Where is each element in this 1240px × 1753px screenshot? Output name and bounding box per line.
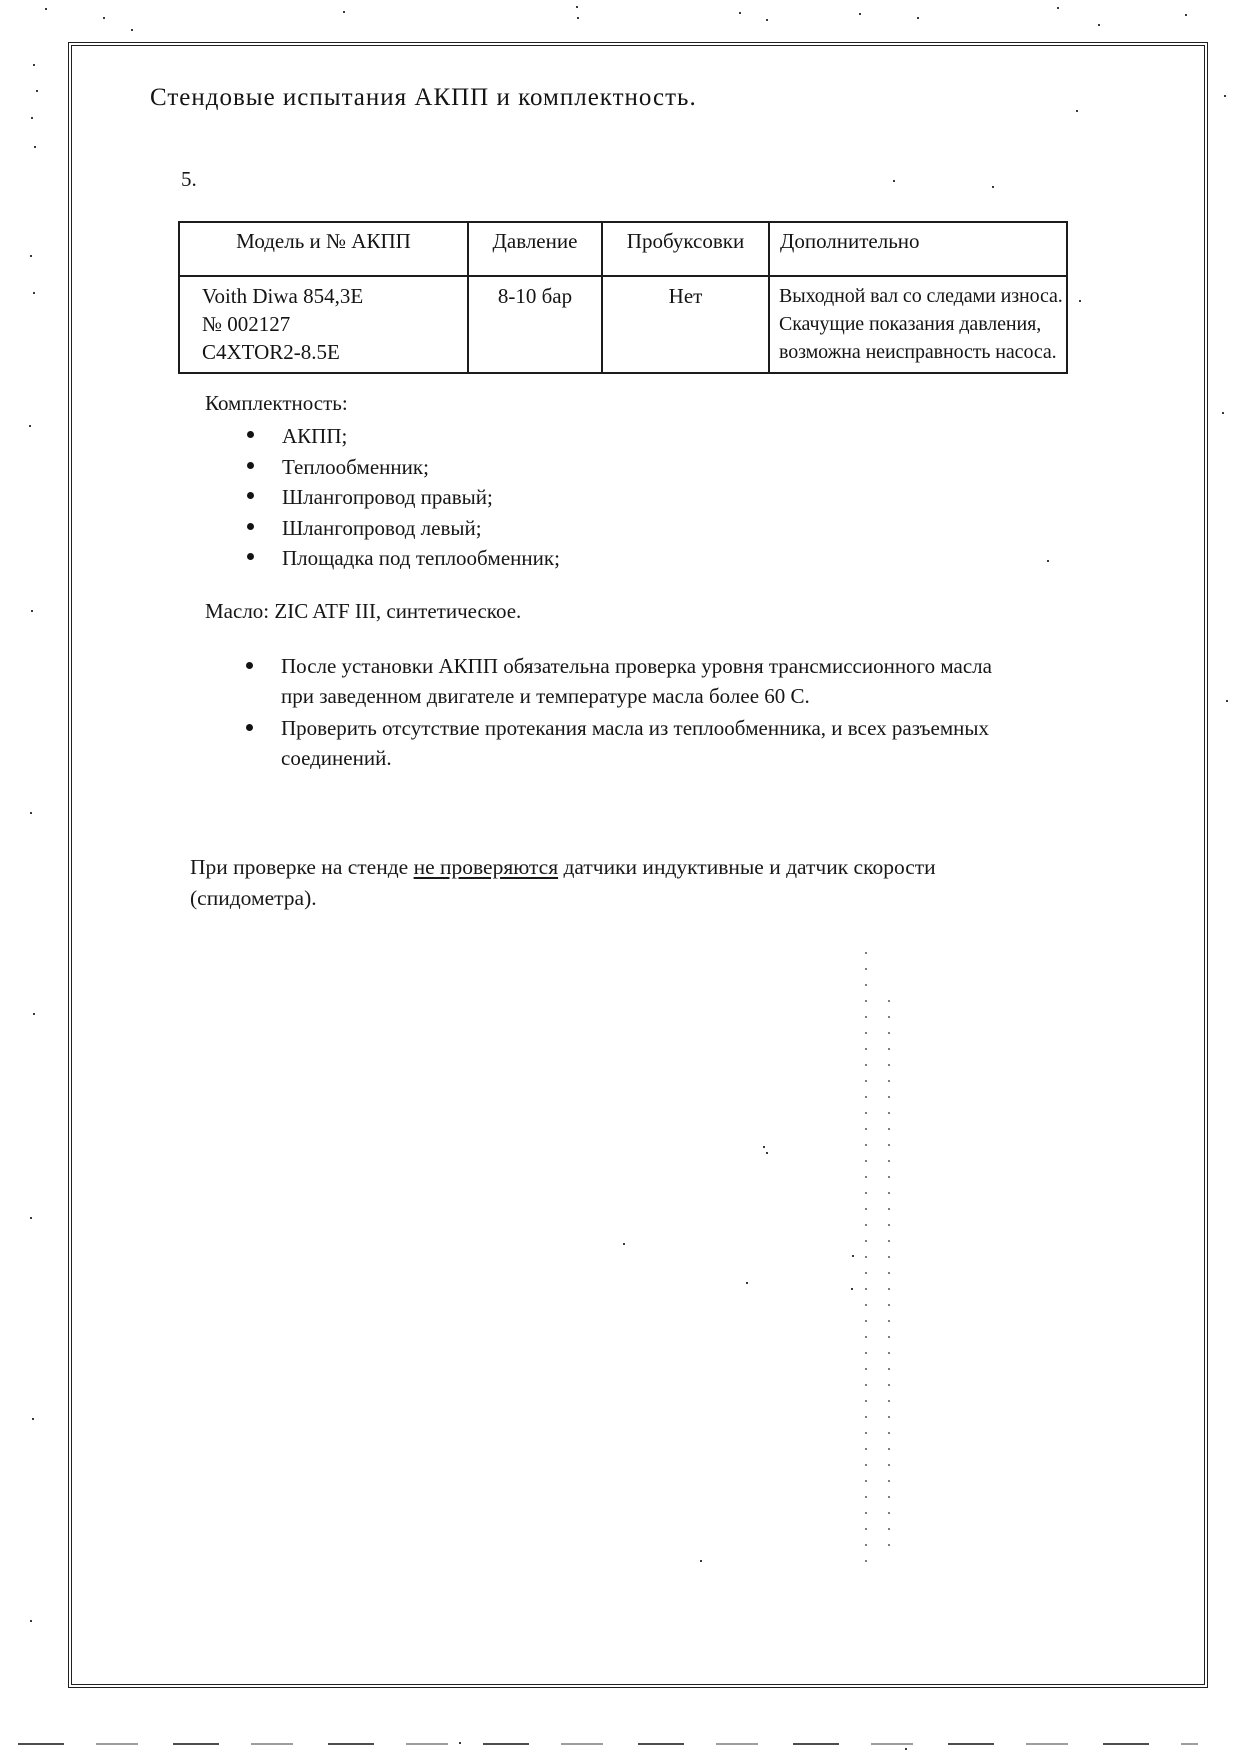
list-item: АКПП;: [247, 421, 560, 452]
check-note-text: Проверить отсутствие протекания масла из…: [281, 713, 992, 773]
bullet-icon: [246, 662, 253, 669]
table-row: Voith Diwa 854,3E № 002127 C4XTOR2-8.5E …: [179, 276, 1067, 373]
completeness-list: АКПП; Теплообменник; Шлангопровод правый…: [247, 421, 560, 574]
test-results-table: Модель и № АКПП Давление Пробуксовки Доп…: [178, 221, 1068, 374]
slippage-cell: Нет: [602, 276, 769, 373]
check-note-text: После установки АКПП обязательна проверк…: [281, 651, 992, 711]
list-item: Шлангопровод левый;: [247, 513, 560, 544]
additional-line: возможна неисправность насоса.: [779, 338, 1062, 366]
list-item-label: Теплообменник;: [282, 452, 429, 482]
underlined-phrase: не проверяются: [414, 855, 559, 879]
column-header-additional: Дополнительно: [769, 222, 1067, 276]
model-cell: Voith Diwa 854,3E № 002127 C4XTOR2-8.5E: [179, 276, 468, 373]
bullet-icon: [247, 462, 254, 469]
column-header-pressure: Давление: [468, 222, 602, 276]
table-header-row: Модель и № АКПП Давление Пробуксовки Доп…: [179, 222, 1067, 276]
additional-line: Выходной вал со следами износа.: [779, 282, 1062, 310]
stand-note-prefix: При проверке на стенде: [190, 855, 414, 879]
list-item-label: АКПП;: [282, 421, 347, 451]
completeness-heading: Комплектность:: [205, 388, 348, 418]
stand-check-note: При проверке на стенде не проверяются да…: [190, 852, 990, 914]
scan-artifact-bottom-line: [18, 1743, 1198, 1745]
bullet-icon: [247, 523, 254, 530]
page-title: Стендовые испытания АКПП и комплектность…: [150, 84, 697, 112]
pressure-cell: 8-10 бар: [468, 276, 602, 373]
bullet-icon: [247, 431, 254, 438]
column-header-model: Модель и № АКПП: [179, 222, 468, 276]
scan-noise: [0, 0, 2, 2]
model-line: Voith Diwa 854,3E: [202, 282, 463, 310]
bullet-icon: [247, 553, 254, 560]
additional-cell: Выходной вал со следами износа. Скачущие…: [769, 276, 1067, 373]
bullet-icon: [247, 492, 254, 499]
column-header-slippage: Пробуксовки: [602, 222, 769, 276]
list-item-label: Площадка под теплообменник;: [282, 543, 560, 573]
additional-line: Скачущие показания давления,: [779, 310, 1062, 338]
model-line: C4XTOR2-8.5E: [202, 338, 463, 366]
list-item: Шлангопровод правый;: [247, 482, 560, 513]
model-line: № 002127: [202, 310, 463, 338]
list-item-label: Шлангопровод левый;: [282, 513, 482, 543]
section-number: 5.: [181, 164, 197, 194]
list-item: Теплообменник;: [247, 452, 560, 483]
list-item-label: Шлангопровод правый;: [282, 482, 493, 512]
bullet-icon: [246, 724, 253, 731]
list-item: Площадка под теплообменник;: [247, 543, 560, 574]
check-notes-list: После установки АКПП обязательна проверк…: [246, 651, 992, 775]
check-note-item: Проверить отсутствие протекания масла из…: [246, 713, 992, 773]
check-note-item: После установки АКПП обязательна проверк…: [246, 651, 992, 711]
oil-note: Масло: ZIC ATF III, синтетическое.: [205, 596, 521, 626]
